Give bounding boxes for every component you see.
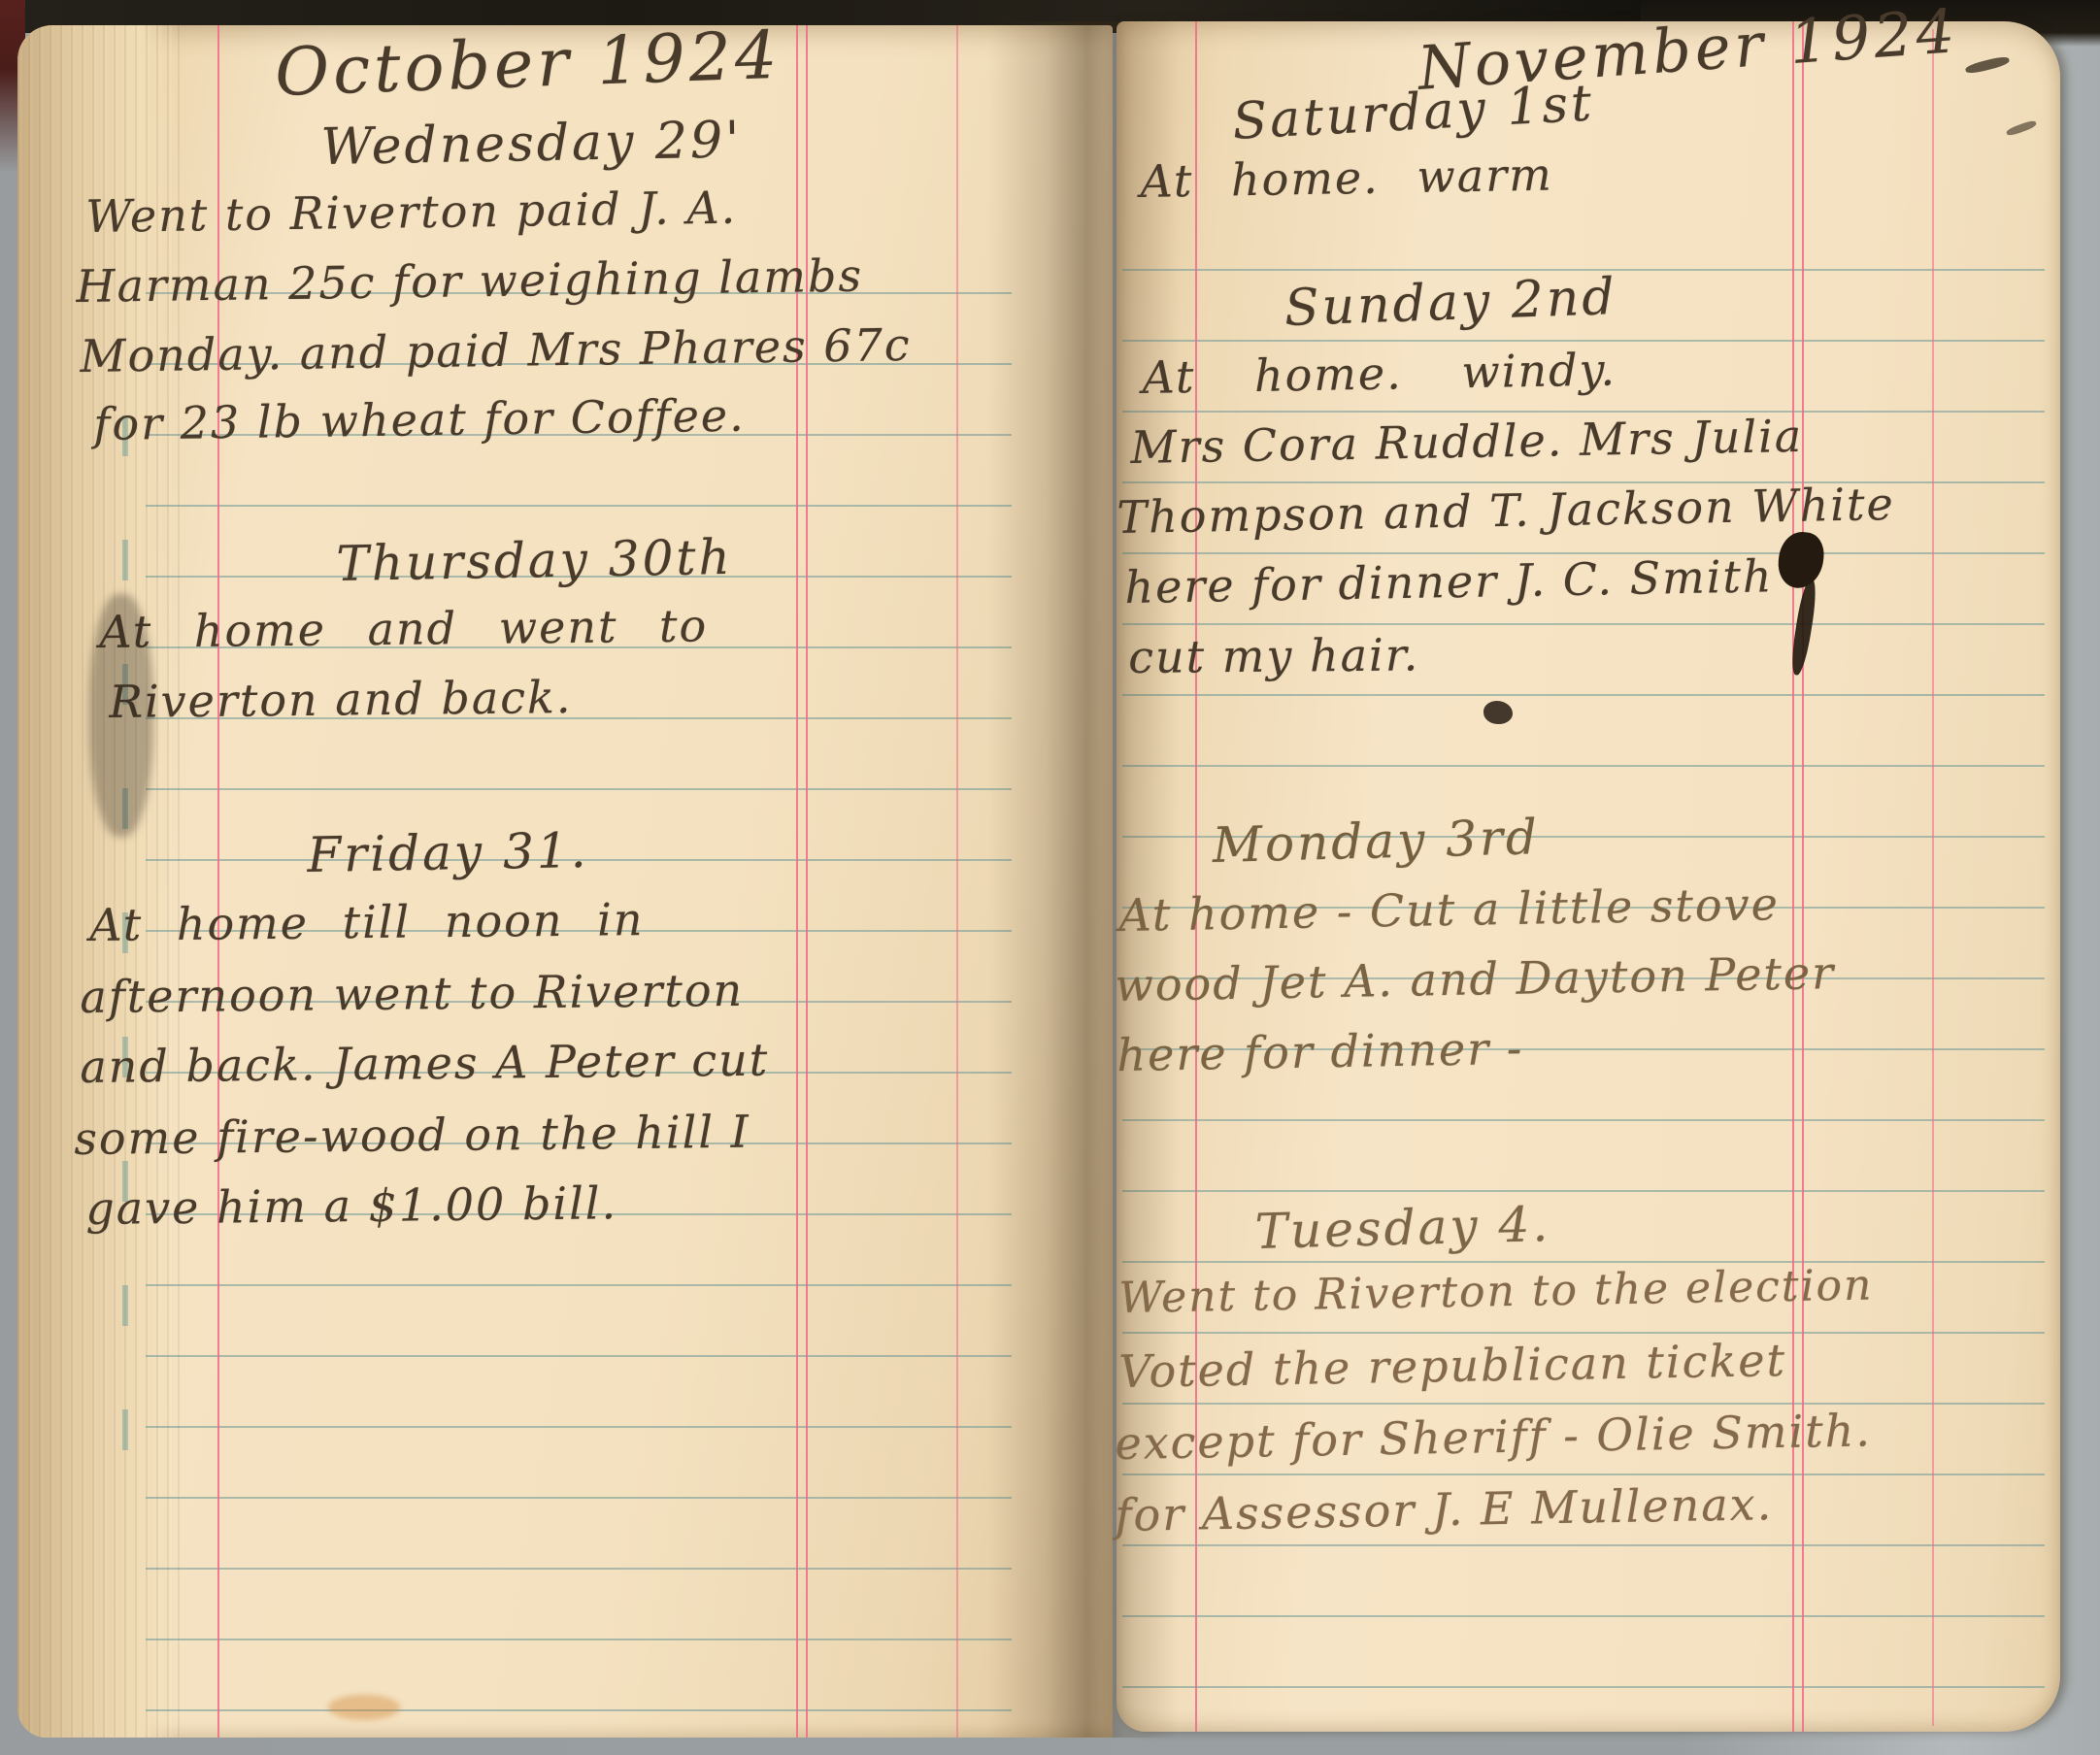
left-right-red-line — [956, 25, 958, 1738]
entry-heading: Wednesday 29' — [320, 111, 743, 177]
diary-line: At home till noon in — [89, 893, 645, 951]
diary-line: here for dinner - — [1117, 1022, 1524, 1081]
entry-heading: Friday 31. — [307, 822, 589, 883]
diary-line: Went to Riverton paid J. A. — [85, 182, 738, 243]
diary-line: and back. James A Peter cut — [80, 1034, 769, 1093]
diary-line: for 23 lb wheat for Coffee. — [93, 389, 746, 450]
diary-line: Riverton and back. — [109, 671, 573, 728]
entry-heading: Monday 3rd — [1212, 809, 1541, 874]
ink-smudge — [89, 594, 153, 837]
teal-edge-smudge — [122, 415, 128, 1512]
diary-line: some fire-wood on the hill I — [74, 1106, 750, 1165]
right-margin-red-line — [1195, 21, 1197, 1732]
entry-heading: Sunday 2nd — [1283, 268, 1618, 338]
right-double-red-line-1 — [1792, 21, 1794, 1732]
diary-line: Harman 25c for weighing lambs — [76, 249, 863, 313]
entry-heading: Tuesday 4. — [1254, 1196, 1551, 1260]
diary-line: At home. warm — [1140, 149, 1553, 208]
notebook-scan: October 1924 Wednesday 29' Went to River… — [0, 0, 2100, 1755]
ink-blot-small — [1483, 701, 1513, 724]
diary-line: afternoon went to Riverton — [80, 964, 744, 1023]
diary-line: gave him a $1.00 bill. — [85, 1176, 617, 1235]
entry-heading: Thursday 30th — [336, 529, 733, 592]
right-double-red-line-2 — [1802, 21, 1804, 1732]
right-edge-red-line — [1932, 29, 1934, 1726]
diary-line: At home. windy. — [1142, 343, 1617, 404]
diary-line: At home and went to — [99, 599, 708, 658]
diary-line: cut my hair. — [1128, 628, 1420, 683]
stain-mark — [328, 1695, 400, 1720]
